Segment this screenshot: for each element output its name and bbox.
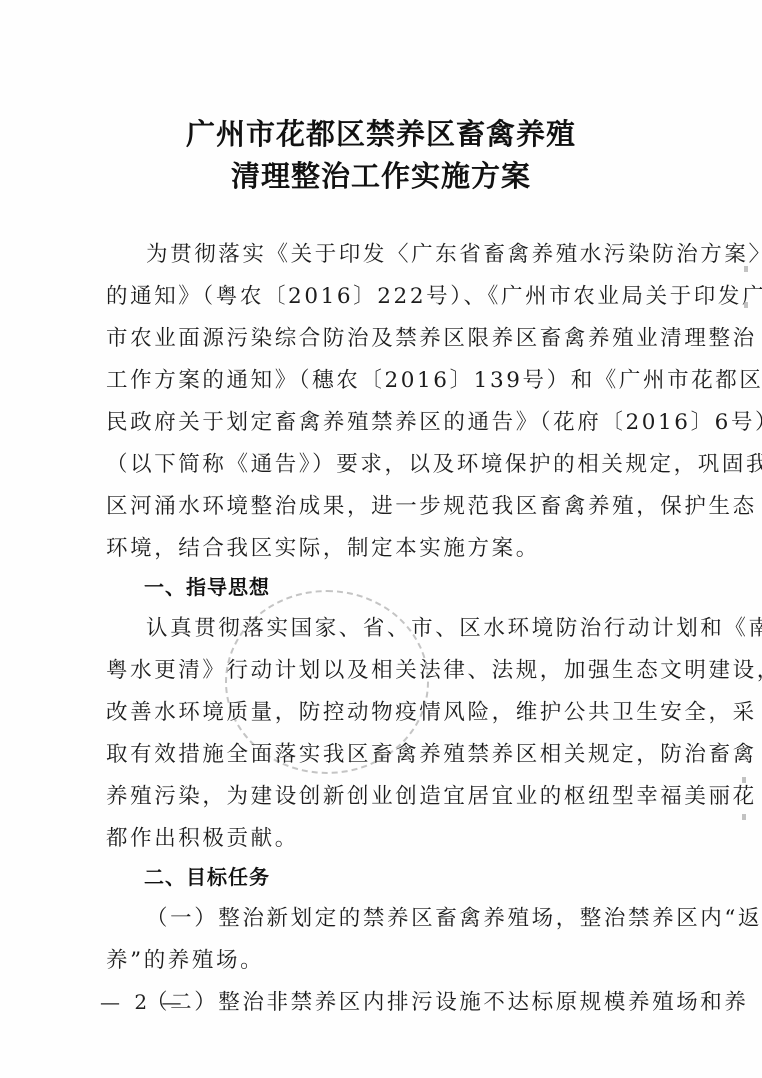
intro-line: 市农业面源污染综合防治及禁养区限养区畜禽养殖业清理整治 xyxy=(106,324,662,354)
scan-speck xyxy=(742,814,746,820)
intro-line: 环境，结合我区实际，制定本实施方案。 xyxy=(106,534,662,564)
scan-speck xyxy=(744,266,748,272)
intro-line: 区河涌水环境整治成果，进一步规范我区畜禽养殖，保护生态 xyxy=(106,492,662,522)
section2-line: （二）整治非禁养区内排污设施不达标原规模养殖场和养 xyxy=(146,988,702,1018)
section-heading-guiding-ideology: 一、指导思想 xyxy=(144,572,270,602)
section2-line: 养”的养殖场。 xyxy=(106,946,662,976)
document-page: 广州市花都区禁养区畜禽养殖 清理整治工作实施方案 为贯彻落实《关于印发〈广东省畜… xyxy=(0,0,762,1078)
section2-line: （一）整治新划定的禁养区畜禽养殖场，整治禁养区内“返 xyxy=(146,904,702,934)
document-title-line-1: 广州市花都区禁养区畜禽养殖 xyxy=(0,112,762,153)
section1-line: 改善水环境质量，防控动物疫情风险，维护公共卫生安全，采 xyxy=(106,698,662,728)
scan-speck xyxy=(742,777,746,783)
section1-line: 粤水更清》行动计划以及相关法律、法规，加强生态文明建设， xyxy=(106,656,662,686)
intro-line: 的通知》（粤农〔2016〕222号）、《广州市农业局关于印发广州 xyxy=(106,282,662,312)
section1-line: 认真贯彻落实国家、省、市、区水环境防治行动计划和《南 xyxy=(146,614,702,644)
intro-line: 民政府关于划定畜禽养殖禁养区的通告》（花府〔2016〕6号） xyxy=(106,408,662,438)
section-heading-goals-tasks: 二、目标任务 xyxy=(144,862,270,892)
intro-line: 工作方案的通知》（穗农〔2016〕139号）和《广州市花都区人 xyxy=(106,366,662,396)
section1-line: 取有效措施全面落实我区畜禽养殖禁养区相关规定，防治畜禽 xyxy=(106,740,662,770)
section1-line: 都作出积极贡献。 xyxy=(106,824,662,854)
section1-line: 养殖污染，为建设创新创业创造宜居宜业的枢纽型幸福美丽花 xyxy=(106,782,662,812)
page-number: — 2 — xyxy=(100,990,185,1014)
intro-line: （以下简称《通告》）要求，以及环境保护的相关规定，巩固我 xyxy=(106,450,662,480)
document-title-line-2: 清理整治工作实施方案 xyxy=(0,154,762,195)
intro-line: 为贯彻落实《关于印发〈广东省畜禽养殖水污染防治方案〉 xyxy=(146,240,702,270)
scan-speck xyxy=(744,302,748,308)
